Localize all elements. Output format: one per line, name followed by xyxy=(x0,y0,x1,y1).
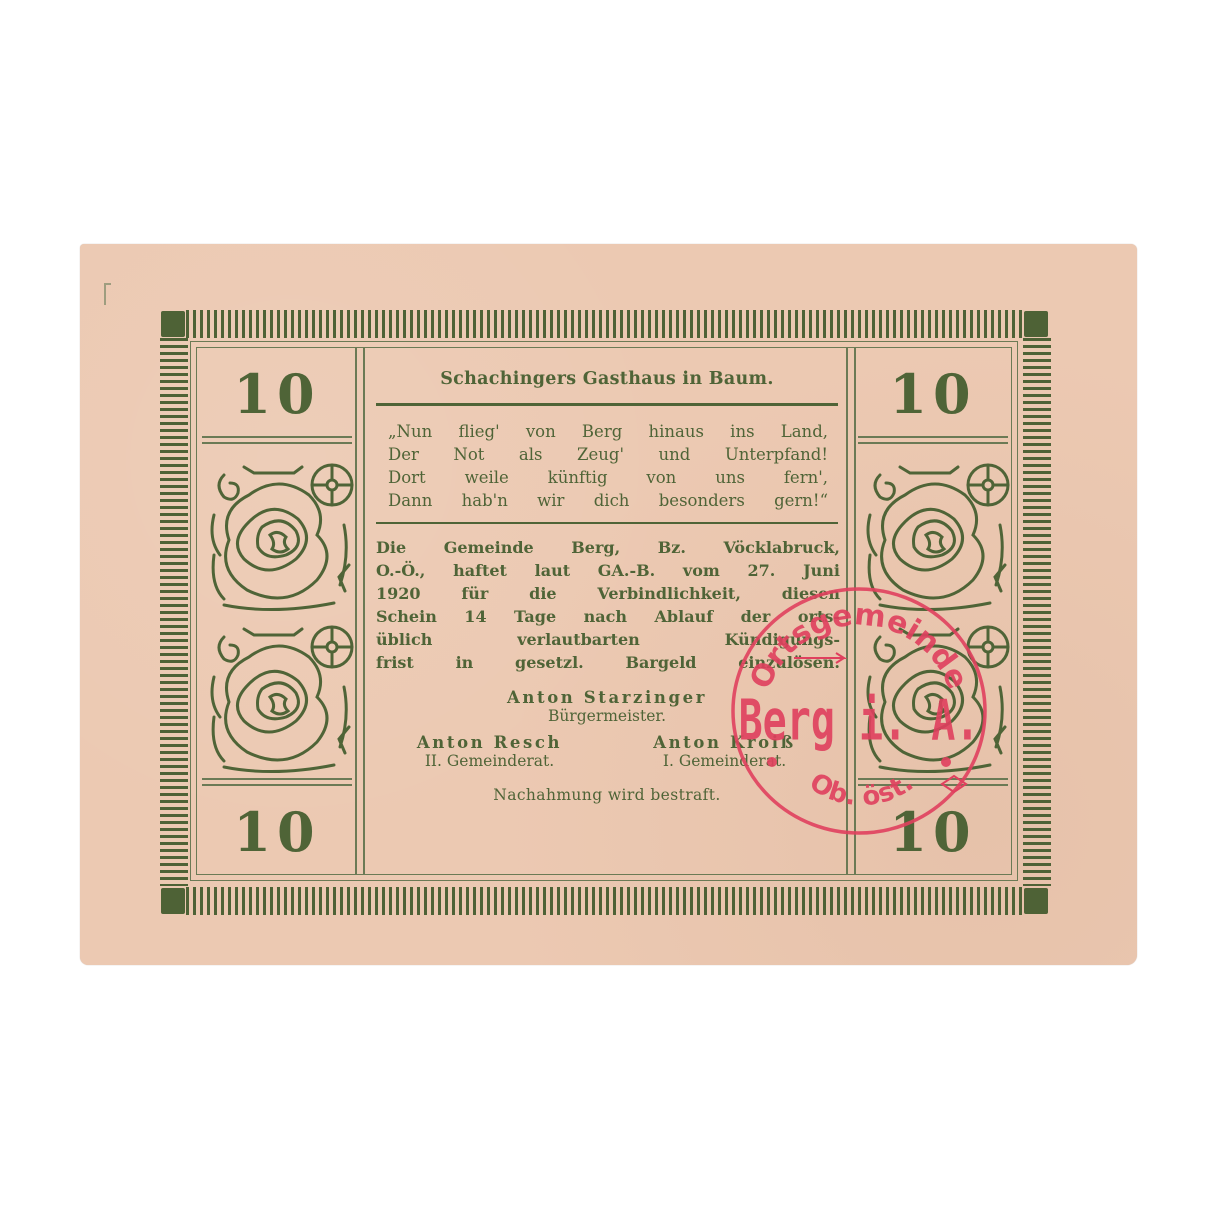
liability-line: frist in gesetzl. Bargeld einzulösen. xyxy=(376,651,840,674)
rose-ornament-right xyxy=(860,455,1010,775)
poem: „Nun flieg' von Berg hinaus ins Land, De… xyxy=(372,406,842,522)
liability-text: Die Gemeinde Berg, Bz. Vöcklabruck, O.-Ö… xyxy=(372,524,842,674)
corner-ornament-tr xyxy=(1024,311,1048,337)
divider xyxy=(858,778,1008,780)
signatures: Anton Starzinger Bürgermeister. Anton Re… xyxy=(372,688,842,804)
right-hatch-border xyxy=(1023,338,1051,886)
divider xyxy=(858,436,1008,438)
liability-line: Die Gemeinde Berg, Bz. Vöcklabruck, xyxy=(376,536,840,559)
divider xyxy=(202,442,352,444)
paper-mark xyxy=(104,283,111,305)
divider xyxy=(202,436,352,438)
denomination-top-left: 10 xyxy=(202,362,352,426)
poem-line: „Nun flieg' von Berg hinaus ins Land, xyxy=(388,420,828,443)
liability-line: üblich verlautbarten Kündigungs- xyxy=(376,628,840,651)
top-hatch-border xyxy=(186,310,1022,338)
poem-line: Der Not als Zeug' und Unterpfand! xyxy=(388,443,828,466)
corner-ornament-bl xyxy=(161,888,185,914)
liability-line: Schein 14 Tage nach Ablauf der orts- xyxy=(376,605,840,628)
counterfeit-warning: Nachahmung wird bestraft. xyxy=(372,786,842,804)
denomination-bottom-left: 10 xyxy=(202,800,352,864)
left-column-divider-2 xyxy=(363,347,365,874)
poem-line: Dann hab'n wir dich besonders gern!“ xyxy=(388,489,828,512)
corner-ornament-tl xyxy=(161,311,185,337)
councillor-right-title: I. Gemeinderat. xyxy=(607,752,842,770)
center-panel: Schachingers Gasthaus in Baum. „Nun flie… xyxy=(372,355,842,804)
mayor-title: Bürgermeister. xyxy=(372,707,842,725)
councillor-right-name: Anton Kroiß xyxy=(607,733,842,752)
divider xyxy=(202,778,352,780)
liability-line: 1920 für die Verbindlichkeit, diesen xyxy=(376,582,840,605)
divider xyxy=(202,784,352,786)
left-hatch-border xyxy=(160,338,188,886)
right-column-divider xyxy=(846,347,848,874)
councillor-left-name: Anton Resch xyxy=(372,733,607,752)
left-column-divider xyxy=(355,347,357,874)
right-column-divider-2 xyxy=(854,347,856,874)
poem-line: Dort weile künftig von uns fern', xyxy=(388,466,828,489)
issuer-heading: Schachingers Gasthaus in Baum. xyxy=(372,355,842,389)
rose-ornament-left xyxy=(204,455,354,775)
denomination-top-right: 10 xyxy=(858,362,1008,426)
bottom-hatch-border xyxy=(186,887,1022,915)
divider xyxy=(858,784,1008,786)
denomination-bottom-right: 10 xyxy=(858,800,1008,864)
divider xyxy=(858,442,1008,444)
councillor-left-title: II. Gemeinderat. xyxy=(372,752,607,770)
mayor-name: Anton Starzinger xyxy=(372,688,842,707)
liability-line: O.-Ö., haftet laut GA.-B. vom 27. Juni xyxy=(376,559,840,582)
corner-ornament-br xyxy=(1024,888,1048,914)
